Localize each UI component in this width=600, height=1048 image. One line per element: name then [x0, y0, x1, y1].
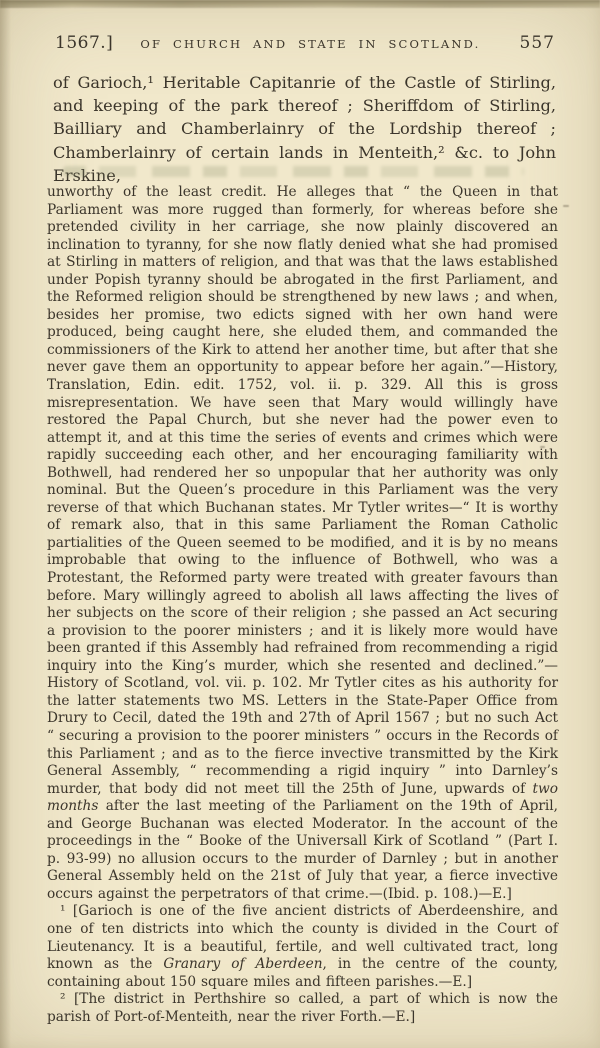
header-page-number: 557: [520, 33, 555, 53]
header-year-label: 1567.]: [55, 33, 113, 53]
paper-speck: [563, 205, 569, 207]
page-top-edge-shadow: [0, 0, 600, 8]
editor-note-paragraph: unworthy of the least credit. He alleges…: [47, 184, 558, 903]
page-left-edge-shadow: [0, 0, 11, 1048]
paper-speck: [540, 446, 545, 448]
running-header: 1567.] OF CHURCH AND STATE IN SCOTLAND. …: [55, 33, 555, 53]
footnote-1: ¹ [Garioch is one of the five ancient di…: [47, 903, 558, 991]
footnotes-block: unworthy of the least credit. He alleges…: [47, 184, 558, 1026]
header-running-title: OF CHURCH AND STATE IN SCOTLAND.: [107, 37, 513, 51]
ink-show-through-smudge: [62, 166, 524, 177]
footnote-2: ² [The district in Perthshire so called,…: [47, 991, 558, 1026]
book-page: 1567.] OF CHURCH AND STATE IN SCOTLAND. …: [0, 0, 600, 1048]
